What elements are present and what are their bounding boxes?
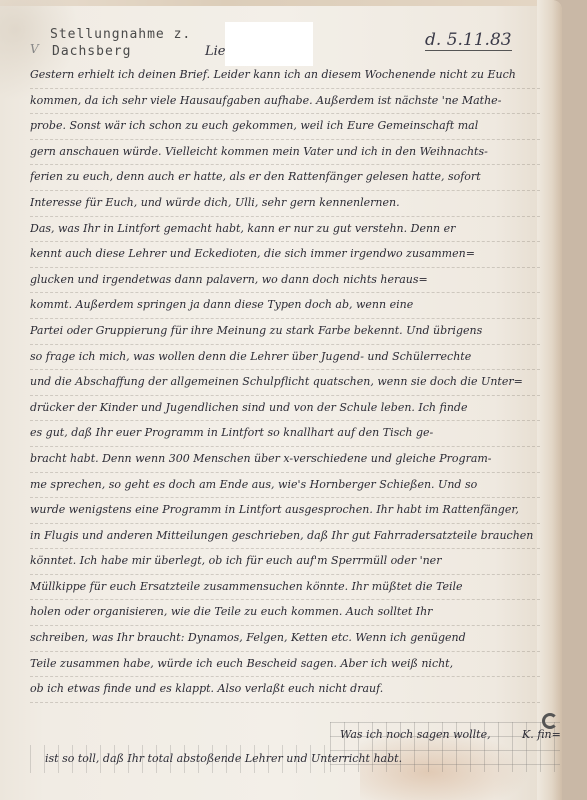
body-line: kommen, da ich sehr viele Hausaufgaben a… bbox=[30, 89, 540, 115]
letter-stamp: Stellungnahme z. Dachsberg bbox=[50, 26, 191, 60]
body-line: ferien zu euch, denn auch er hatte, als … bbox=[30, 165, 540, 191]
body-line: ob ich etwas finde und es klappt. Also v… bbox=[30, 677, 540, 703]
body-line: kennt auch diese Lehrer und Eckedioten, … bbox=[30, 242, 540, 268]
body-line: gern anschauen würde. Vielleicht kommen … bbox=[30, 140, 540, 166]
redacted-name bbox=[225, 22, 313, 66]
body-line: holen oder organisieren, wie die Teile z… bbox=[30, 600, 540, 626]
body-line: und die Abschaffung der allgemeinen Schu… bbox=[30, 370, 540, 396]
body-line: Teile zusammen habe, würde ich euch Besc… bbox=[30, 652, 540, 678]
body-line: Gestern erhielt ich deinen Brief. Leider… bbox=[30, 63, 540, 89]
stamp-line-1: Stellungnahme z. bbox=[50, 26, 191, 43]
body-line: Müllkippe für euch Ersatzteile zusammens… bbox=[30, 575, 540, 601]
margin-mark: V bbox=[30, 42, 39, 56]
letter-date: d. 5.11.83 bbox=[425, 30, 512, 51]
paper-top-edge bbox=[0, 0, 562, 6]
body-line: schreiben, was Ihr braucht: Dynamos, Fel… bbox=[30, 626, 540, 652]
body-line: so frage ich mich, was wollen denn die L… bbox=[30, 345, 540, 371]
paper-right-edge bbox=[537, 0, 562, 800]
body-line: glucken und irgendetwas dann palavern, w… bbox=[30, 268, 540, 294]
body-line: Interesse für Euch, und würde dich, Ulli… bbox=[30, 191, 540, 217]
closing-line: Was ich noch sagen wollte, bbox=[340, 728, 491, 741]
body-line: Partei oder Gruppierung für ihre Meinung… bbox=[30, 319, 540, 345]
body-line: kommt. Außerdem springen ja dann diese T… bbox=[30, 293, 540, 319]
stamp-line-2: Dachsberg bbox=[50, 43, 191, 60]
final-line: ist so toll, daß Ihr total abstoßende Le… bbox=[45, 752, 402, 765]
body-line: drücker der Kinder und Jugendlichen sind… bbox=[30, 396, 540, 422]
letter-page: Stellungnahme z. Dachsberg V Liebe d. 5.… bbox=[0, 0, 562, 800]
body-line: in Flugis und anderen Mitteilungen gesch… bbox=[30, 524, 540, 550]
body-line: Das, was Ihr in Lintfort gemacht habt, k… bbox=[30, 217, 540, 243]
binder-ring-mark bbox=[542, 713, 558, 729]
body-line: es gut, daß Ihr euer Programm in Lintfor… bbox=[30, 421, 540, 447]
signoff: K. fin= bbox=[522, 728, 561, 741]
body-line: wurde wenigstens eine Programm in Lintfo… bbox=[30, 498, 540, 524]
letter-body: Gestern erhielt ich deinen Brief. Leider… bbox=[30, 63, 540, 703]
body-line: probe. Sonst wär ich schon zu euch gekom… bbox=[30, 114, 540, 140]
body-line: me sprechen, so geht es doch am Ende aus… bbox=[30, 473, 540, 499]
body-line: bracht habt. Denn wenn 300 Menschen über… bbox=[30, 447, 540, 473]
body-line: könntet. Ich habe mir überlegt, ob ich f… bbox=[30, 549, 540, 575]
